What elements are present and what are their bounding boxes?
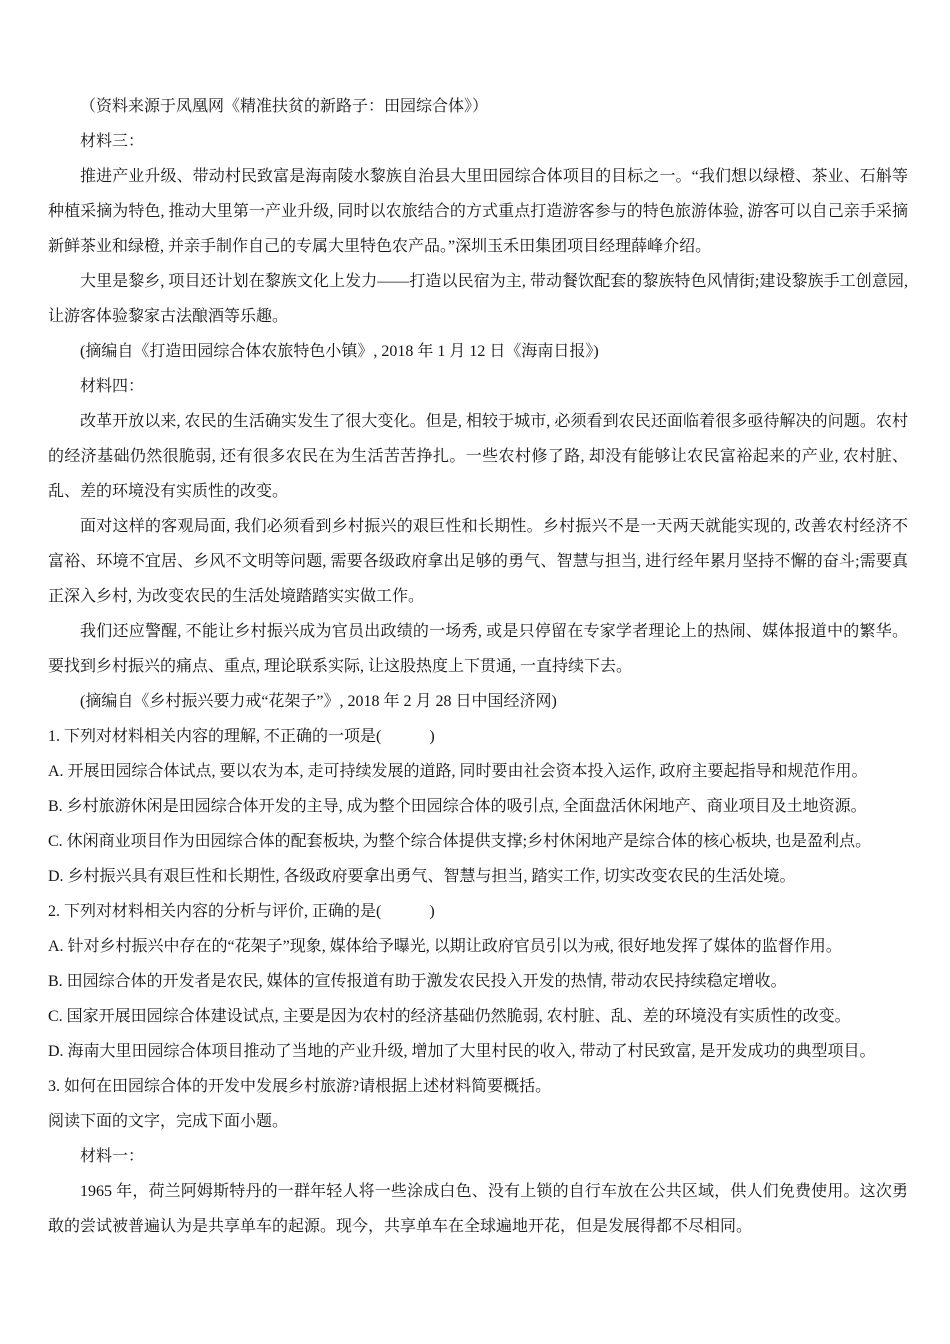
material-3-heading: 材料三：	[48, 124, 908, 159]
question-2-option-c: C. 国家开展田园综合体建设试点, 主要是因为农村的经济基础仍然脆弱, 农村脏、…	[48, 999, 908, 1034]
document-page: （资料来源于凤凰网《精准扶贫的新路子：田园综合体》）材料三：推进产业升级、带动村…	[0, 0, 950, 1344]
reading-instruction: 阅读下面的文字，完成下面小题。	[48, 1104, 908, 1139]
material-3-paragraph-1: 推进产业升级、带动村民致富是海南陵水黎族自治县大里田园综合体项目的目标之一。“我…	[48, 159, 908, 264]
question-2-option-b: B. 田园综合体的开发者是农民, 媒体的宣传报道有助于激发农民投入开发的热情, …	[48, 964, 908, 999]
material-4-paragraph-3: 我们还应警醒, 不能让乡村振兴成为官员出政绩的一场秀, 或是只停留在专家学者理论…	[48, 614, 908, 684]
question-1-option-d: D. 乡村振兴具有艰巨性和长期性, 各级政府要拿出勇气、智慧与担当, 踏实工作,…	[48, 859, 908, 894]
material-4-paragraph-2: 面对这样的客观局面, 我们必须看到乡村振兴的艰巨性和长期性。乡村振兴不是一天两天…	[48, 509, 908, 614]
question-1-option-b: B. 乡村旅游休闲是田园综合体开发的主导, 成为整个田园综合体的吸引点, 全面盘…	[48, 789, 908, 824]
question-3-stem: 3. 如何在田园综合体的开发中发展乡村旅游?请根据上述材料简要概括。	[48, 1069, 908, 1104]
material-1-heading: 材料一：	[48, 1139, 908, 1174]
question-2-option-a: A. 针对乡村振兴中存在的“花架子”现象, 媒体给予曝光, 以期让政府官员引以为…	[48, 929, 908, 964]
question-1-option-c: C. 休闲商业项目作为田园综合体的配套板块, 为整个综合体提供支撑;乡村休闲地产…	[48, 824, 908, 859]
material-3-paragraph-2: 大里是黎乡, 项目还计划在黎族文化上发力——打造以民宿为主, 带动餐饮配套的黎族…	[48, 264, 908, 334]
material-3-citation: (摘编自《打造田园综合体农旅特色小镇》, 2018 年 1 月 12 日《海南日…	[48, 334, 908, 369]
material-4-paragraph-1: 改革开放以来, 农民的生活确实发生了很大变化。但是, 相较于城市, 必须看到农民…	[48, 404, 908, 509]
question-2-stem: 2. 下列对材料相关内容的分析与评价, 正确的是( )	[48, 894, 908, 929]
material-1-paragraph-1: 1965 年，荷兰阿姆斯特丹的一群年轻人将一些涂成白色、没有上锁的自行车放在公共…	[48, 1174, 908, 1244]
document-content: （资料来源于凤凰网《精准扶贫的新路子：田园综合体》）材料三：推进产业升级、带动村…	[48, 89, 908, 1244]
question-1-stem: 1. 下列对材料相关内容的理解, 不正确的一项是( )	[48, 719, 908, 754]
question-1-option-a: A. 开展田园综合体试点, 要以农为本, 走可持续发展的道路, 同时要由社会资本…	[48, 754, 908, 789]
question-2-option-d: D. 海南大里田园综合体项目推动了当地的产业升级, 增加了大里村民的收入, 带动…	[48, 1034, 908, 1069]
material-4-citation: (摘编自《乡村振兴要力戒“花架子”》, 2018 年 2 月 28 日中国经济网…	[48, 684, 908, 719]
material-4-heading: 材料四：	[48, 369, 908, 404]
source-attribution: （资料来源于凤凰网《精准扶贫的新路子：田园综合体》）	[48, 89, 908, 124]
